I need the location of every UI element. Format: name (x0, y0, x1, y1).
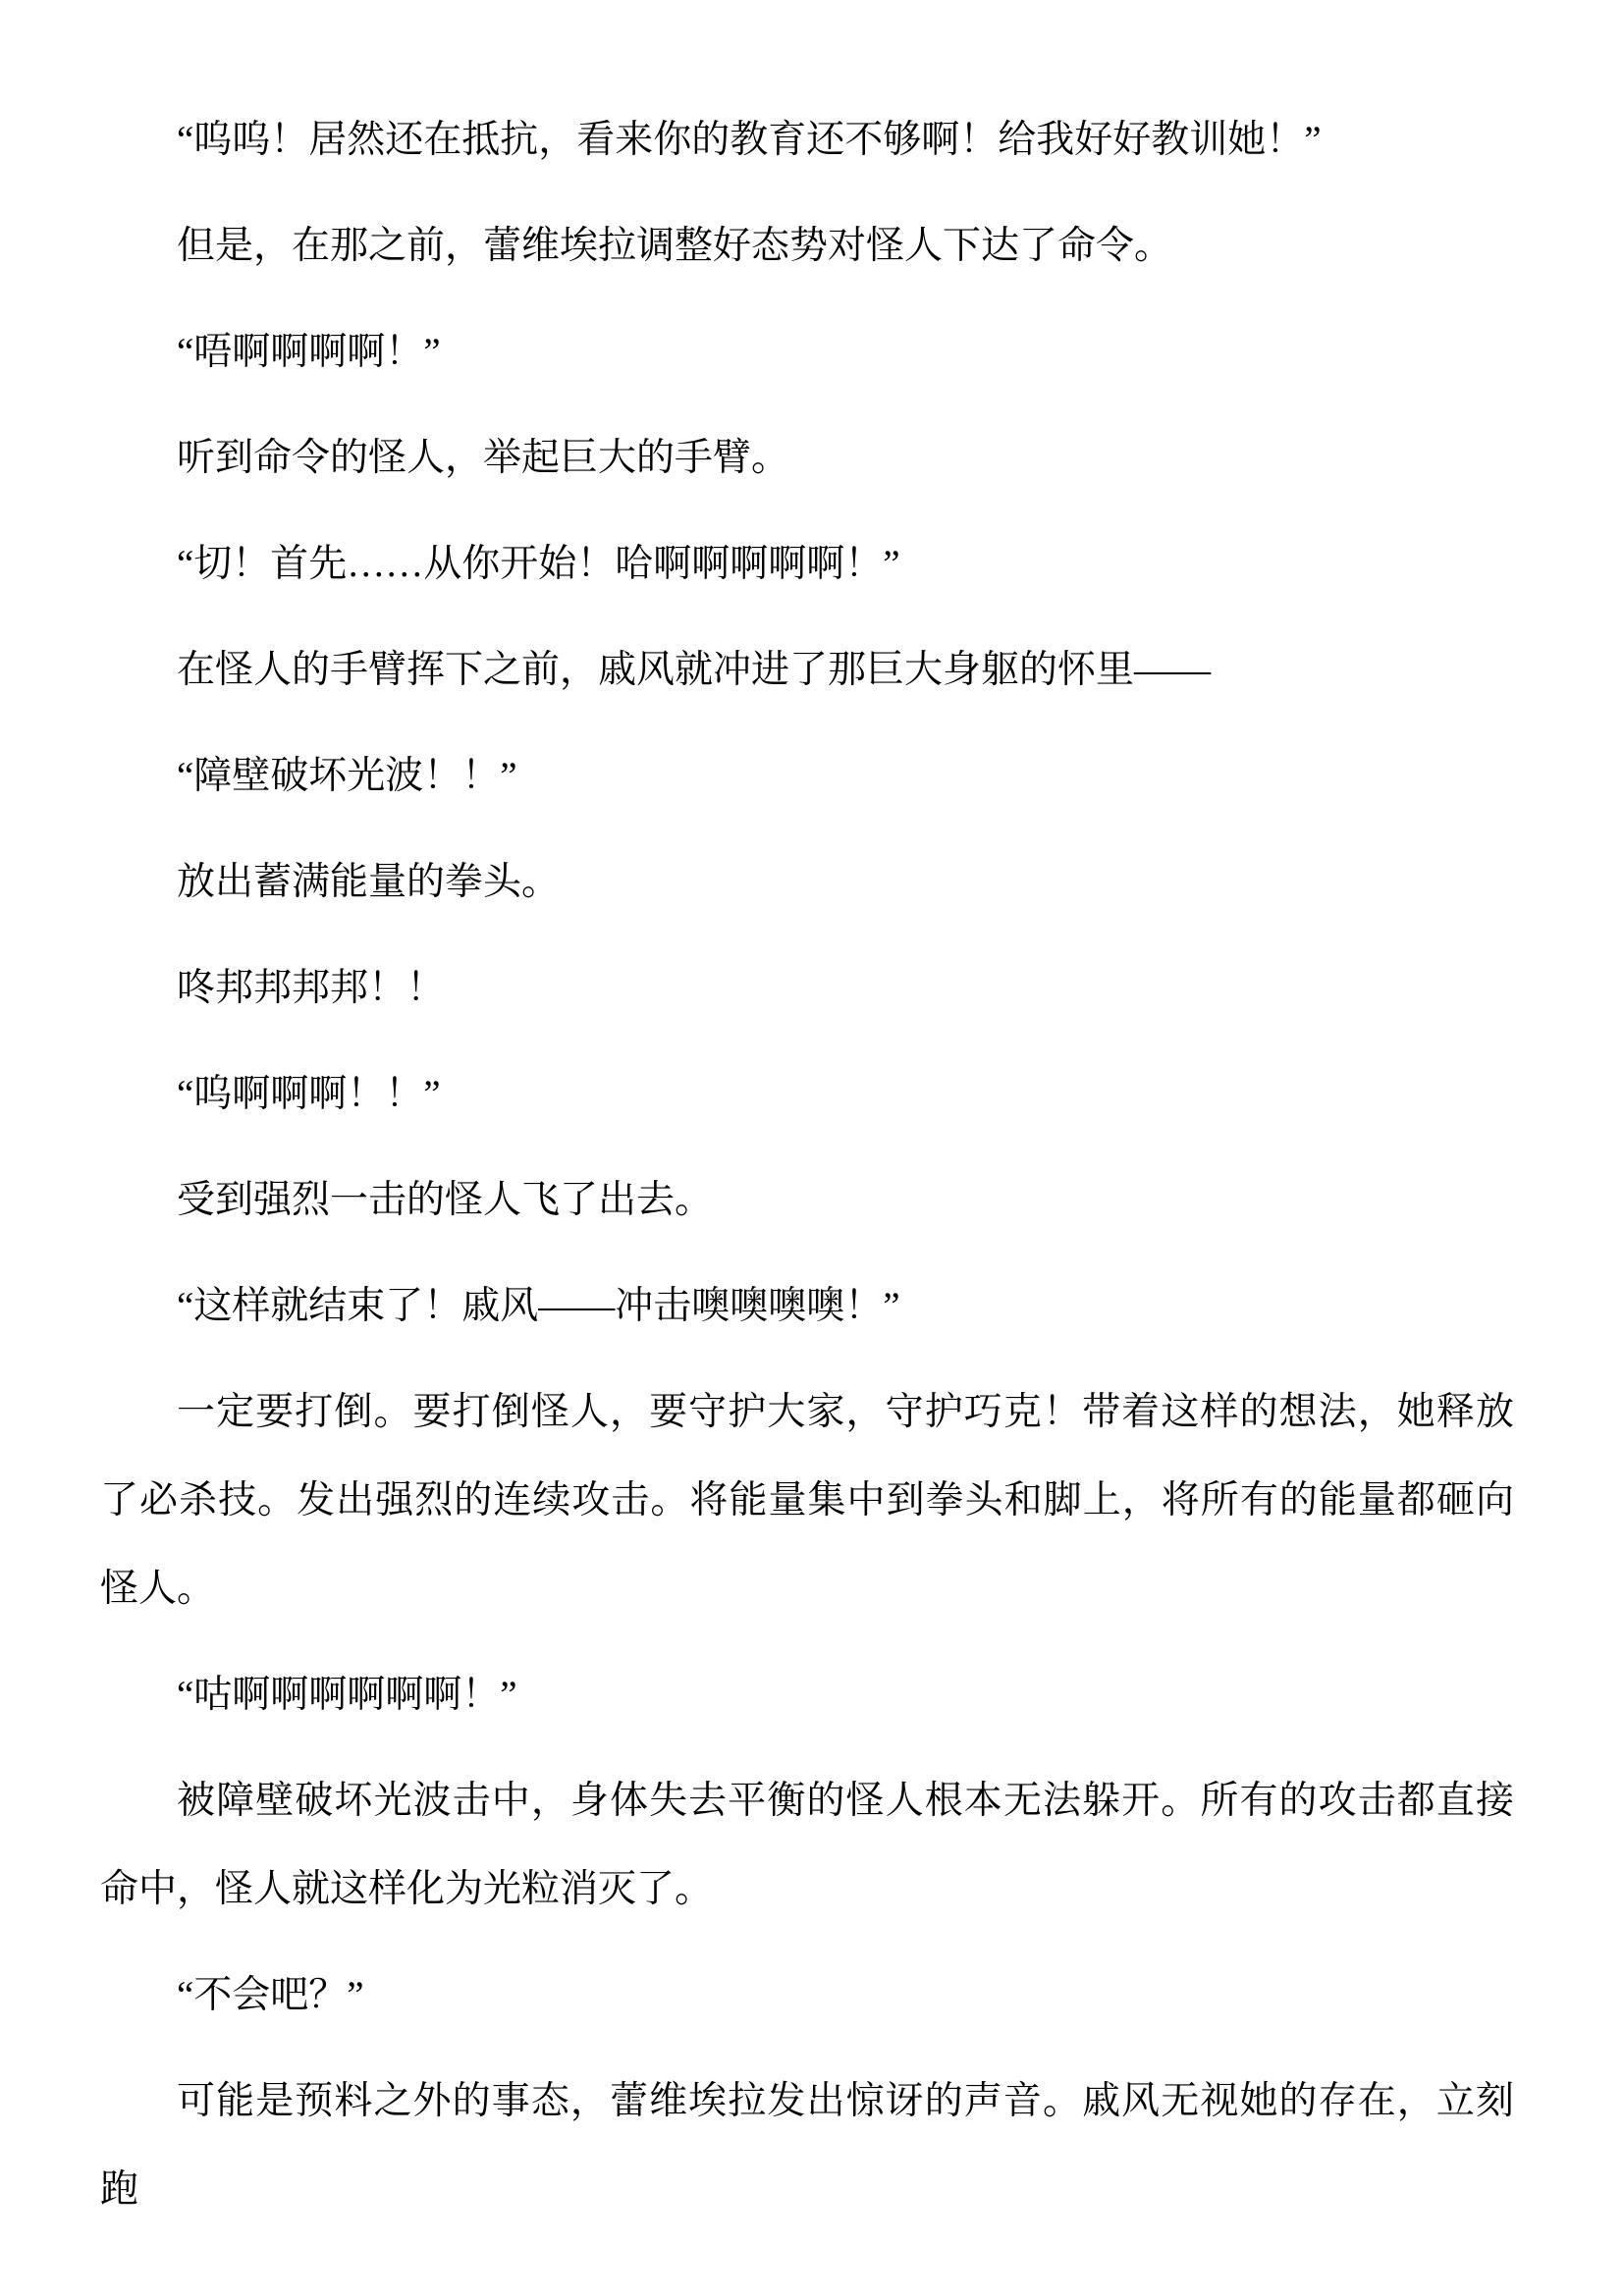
paragraph: 听到命令的怪人，举起巨大的手臂。 (100, 414, 1514, 503)
paragraph: “呜呜！居然还在抵抗，看来你的教育还不够啊！给我好好教训她！” (100, 96, 1514, 185)
paragraph: “障壁破坏光波！！” (100, 732, 1514, 821)
paragraph: 一定要打倒。要打倒怪人，要守护大家，守护巧克！带着这样的想法，她释放了必杀技。发… (100, 1368, 1514, 1633)
paragraph: 放出蓄满能量的拳头。 (100, 838, 1514, 927)
paragraph: “咕啊啊啊啊啊啊！” (100, 1651, 1514, 1739)
paragraph: “唔啊啊啊啊！” (100, 308, 1514, 397)
paragraph: 受到强烈一击的怪人飞了出去。 (100, 1156, 1514, 1245)
paragraph: 可能是预料之外的事态，蕾维埃拉发出惊讶的声音。戚风无视她的存在，立刻跑 (100, 2057, 1514, 2234)
paragraph: “呜啊啊啊！！” (100, 1050, 1514, 1139)
paragraph: “切！首先……从你开始！哈啊啊啊啊啊！” (100, 520, 1514, 609)
paragraph: 但是，在那之前，蕾维埃拉调整好态势对怪人下达了命令。 (100, 202, 1514, 291)
paragraph: 被障壁破坏光波击中，身体失去平衡的怪人根本无法躲开。所有的攻击都直接命中，怪人就… (100, 1757, 1514, 1934)
paragraph: “不会吧？” (100, 1951, 1514, 2040)
document-page: “呜呜！居然还在抵抗，看来你的教育还不够啊！给我好好教训她！”但是，在那之前，蕾… (0, 0, 1624, 2296)
paragraph: “这样就结束了！戚风——冲击噢噢噢噢！” (100, 1262, 1514, 1351)
paragraph: 咚邦邦邦邦！！ (100, 944, 1514, 1033)
paragraph: 在怪人的手臂挥下之前，戚风就冲进了那巨大身躯的怀里—— (100, 626, 1514, 715)
